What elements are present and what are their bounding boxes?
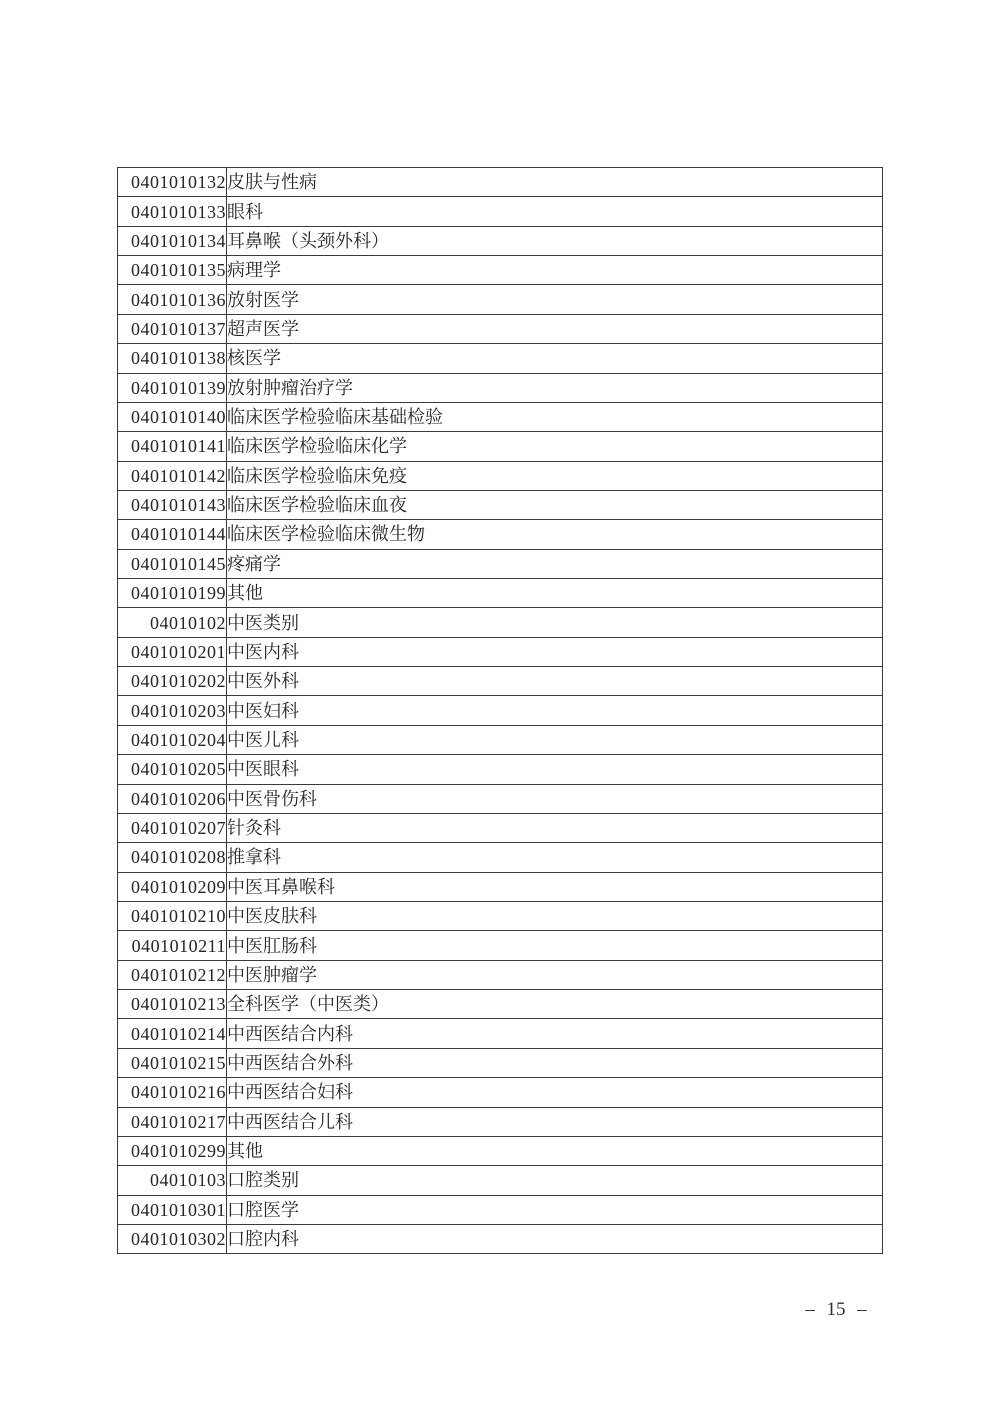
table-row: 0401010140临床医学检验临床基础检验	[118, 402, 883, 431]
code-cell: 0401010199	[118, 579, 227, 608]
name-cell: 中医肛肠科	[227, 931, 883, 960]
name-cell: 其他	[227, 1136, 883, 1165]
table-row: 0401010139放射肿瘤治疗学	[118, 373, 883, 402]
table-row: 0401010209中医耳鼻喉科	[118, 872, 883, 901]
code-cell: 0401010214	[118, 1019, 227, 1048]
table-row: 0401010207针灸科	[118, 813, 883, 842]
code-cell: 0401010138	[118, 344, 227, 373]
name-cell: 临床医学检验临床免疫	[227, 461, 883, 490]
name-cell: 中医肿瘤学	[227, 960, 883, 989]
name-cell: 口腔类别	[227, 1166, 883, 1195]
name-cell: 其他	[227, 579, 883, 608]
code-cell: 0401010299	[118, 1136, 227, 1165]
page-number: – 15 –	[788, 1299, 884, 1321]
code-cell: 0401010211	[118, 931, 227, 960]
code-cell: 0401010213	[118, 990, 227, 1019]
code-cell: 0401010204	[118, 725, 227, 754]
code-cell: 0401010217	[118, 1107, 227, 1136]
table-row: 0401010217中西医结合儿科	[118, 1107, 883, 1136]
table-row: 0401010132皮肤与性病	[118, 168, 883, 197]
code-cell: 0401010215	[118, 1048, 227, 1077]
table-row: 0401010144临床医学检验临床微生物	[118, 520, 883, 549]
table-row: 0401010214中西医结合内科	[118, 1019, 883, 1048]
table-row: 0401010142临床医学检验临床免疫	[118, 461, 883, 490]
code-cell: 0401010134	[118, 226, 227, 255]
table-row: 0401010208推拿科	[118, 843, 883, 872]
code-cell: 0401010302	[118, 1224, 227, 1253]
code-cell: 0401010140	[118, 402, 227, 431]
table-row: 0401010299其他	[118, 1136, 883, 1165]
name-cell: 临床医学检验临床化学	[227, 432, 883, 461]
code-cell: 04010102	[118, 608, 227, 637]
code-cell: 0401010132	[118, 168, 227, 197]
name-cell: 耳鼻喉（头颈外科）	[227, 226, 883, 255]
table-row: 0401010199其他	[118, 579, 883, 608]
table-row: 0401010145疼痛学	[118, 549, 883, 578]
table-row: 0401010134耳鼻喉（头颈外科）	[118, 226, 883, 255]
code-cell: 0401010144	[118, 520, 227, 549]
code-cell: 0401010209	[118, 872, 227, 901]
code-cell: 0401010143	[118, 490, 227, 519]
name-cell: 病理学	[227, 256, 883, 285]
code-cell: 0401010205	[118, 755, 227, 784]
code-cell: 0401010301	[118, 1195, 227, 1224]
name-cell: 中医类别	[227, 608, 883, 637]
table-row: 0401010133眼科	[118, 197, 883, 226]
name-cell: 中医眼科	[227, 755, 883, 784]
name-cell: 推拿科	[227, 843, 883, 872]
code-cell: 04010103	[118, 1166, 227, 1195]
name-cell: 中医外科	[227, 667, 883, 696]
code-cell: 0401010142	[118, 461, 227, 490]
table-row: 0401010141临床医学检验临床化学	[118, 432, 883, 461]
table-row: 0401010203中医妇科	[118, 696, 883, 725]
table-row: 0401010135病理学	[118, 256, 883, 285]
table-row: 0401010211中医肛肠科	[118, 931, 883, 960]
name-cell: 针灸科	[227, 813, 883, 842]
table-row: 0401010212中医肿瘤学	[118, 960, 883, 989]
name-cell: 放射肿瘤治疗学	[227, 373, 883, 402]
table-row: 0401010301口腔医学	[118, 1195, 883, 1224]
name-cell: 临床医学检验临床微生物	[227, 520, 883, 549]
code-cell: 0401010206	[118, 784, 227, 813]
table-row: 04010102中医类别	[118, 608, 883, 637]
table-row: 0401010138核医学	[118, 344, 883, 373]
code-cell: 0401010133	[118, 197, 227, 226]
table-row: 0401010215中西医结合外科	[118, 1048, 883, 1077]
specialty-code-table-body: 0401010132皮肤与性病0401010133眼科0401010134耳鼻喉…	[118, 168, 883, 1254]
name-cell: 核医学	[227, 344, 883, 373]
name-cell: 全科医学（中医类）	[227, 990, 883, 1019]
name-cell: 中西医结合儿科	[227, 1107, 883, 1136]
name-cell: 临床医学检验临床血夜	[227, 490, 883, 519]
code-cell: 0401010202	[118, 667, 227, 696]
table-row: 0401010204中医儿科	[118, 725, 883, 754]
name-cell: 临床医学检验临床基础检验	[227, 402, 883, 431]
name-cell: 中医内科	[227, 637, 883, 666]
code-cell: 0401010207	[118, 813, 227, 842]
table-row: 0401010137超声医学	[118, 314, 883, 343]
name-cell: 皮肤与性病	[227, 168, 883, 197]
table-row: 04010103口腔类别	[118, 1166, 883, 1195]
name-cell: 中医耳鼻喉科	[227, 872, 883, 901]
code-cell: 0401010216	[118, 1078, 227, 1107]
document-page: 0401010132皮肤与性病0401010133眼科0401010134耳鼻喉…	[0, 0, 999, 1414]
code-cell: 0401010135	[118, 256, 227, 285]
table-row: 0401010210中医皮肤科	[118, 901, 883, 930]
name-cell: 中医皮肤科	[227, 901, 883, 930]
name-cell: 口腔内科	[227, 1224, 883, 1253]
table-row: 0401010205中医眼科	[118, 755, 883, 784]
name-cell: 中医妇科	[227, 696, 883, 725]
name-cell: 口腔医学	[227, 1195, 883, 1224]
table-row: 0401010143临床医学检验临床血夜	[118, 490, 883, 519]
code-cell: 0401010139	[118, 373, 227, 402]
name-cell: 疼痛学	[227, 549, 883, 578]
table-row: 0401010136放射医学	[118, 285, 883, 314]
table-row: 0401010213全科医学（中医类）	[118, 990, 883, 1019]
table-row: 0401010302口腔内科	[118, 1224, 883, 1253]
code-cell: 0401010212	[118, 960, 227, 989]
name-cell: 中西医结合外科	[227, 1048, 883, 1077]
code-cell: 0401010210	[118, 901, 227, 930]
name-cell: 中医儿科	[227, 725, 883, 754]
code-cell: 0401010136	[118, 285, 227, 314]
code-cell: 0401010201	[118, 637, 227, 666]
code-cell: 0401010208	[118, 843, 227, 872]
name-cell: 超声医学	[227, 314, 883, 343]
specialty-code-table: 0401010132皮肤与性病0401010133眼科0401010134耳鼻喉…	[117, 167, 883, 1254]
table-row: 0401010216中西医结合妇科	[118, 1078, 883, 1107]
name-cell: 放射医学	[227, 285, 883, 314]
name-cell: 眼科	[227, 197, 883, 226]
code-cell: 0401010137	[118, 314, 227, 343]
name-cell: 中医骨伤科	[227, 784, 883, 813]
code-cell: 0401010203	[118, 696, 227, 725]
code-cell: 0401010141	[118, 432, 227, 461]
table-row: 0401010206中医骨伤科	[118, 784, 883, 813]
table-row: 0401010202中医外科	[118, 667, 883, 696]
table-row: 0401010201中医内科	[118, 637, 883, 666]
name-cell: 中西医结合内科	[227, 1019, 883, 1048]
code-cell: 0401010145	[118, 549, 227, 578]
name-cell: 中西医结合妇科	[227, 1078, 883, 1107]
